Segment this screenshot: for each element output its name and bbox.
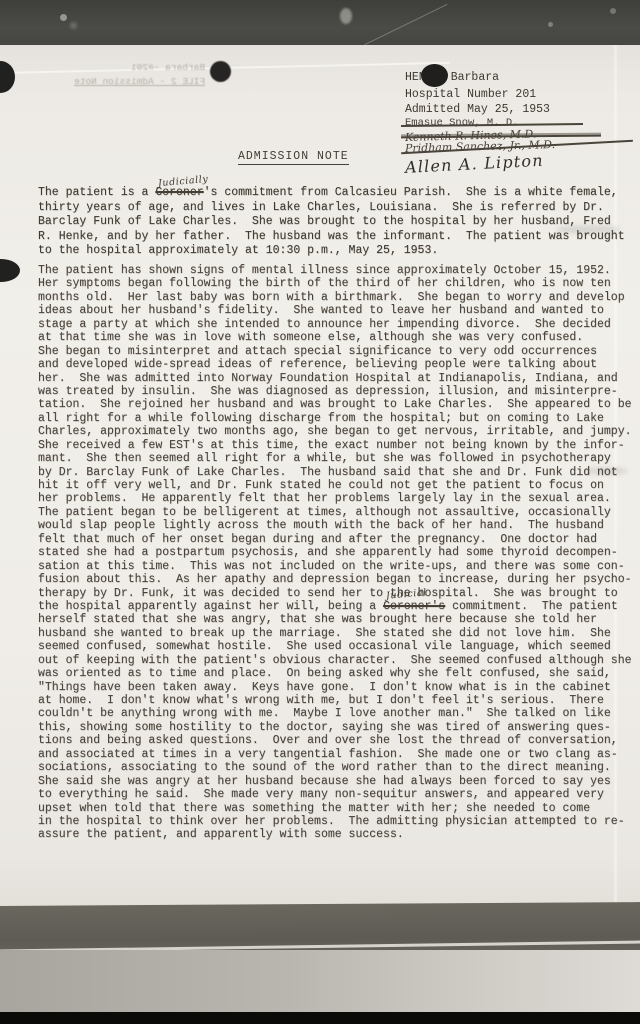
text-line: sation at this time. This was not includ… [38, 560, 632, 573]
dust-speck [548, 22, 553, 27]
scanned-document: Barbara -#201 FILE 2 - Admission Note HE… [0, 0, 640, 1024]
text-line: Barclay Funk of Lake Charles. She was br… [38, 215, 625, 230]
scratch-line [364, 4, 447, 46]
text-line: by Dr. Barclay Funk of Lake Charles. The… [38, 466, 632, 479]
text-line: husband she wanted to break up the marri… [38, 627, 632, 640]
dust-speck [60, 14, 67, 21]
text-line: the hospital apparently against her will… [38, 600, 632, 613]
physician-signature: Allen A. Lipton [405, 152, 556, 175]
text-line: herself stated that she was angry, that … [38, 613, 632, 626]
text-line: "Things have been taken away. Keys have … [38, 681, 632, 694]
bleedthrough-line: FILE 2 - Admission Note [74, 75, 205, 89]
text-line: stated she had a postpartum psychosis, a… [38, 546, 632, 559]
hole-punch-mark [0, 259, 20, 282]
text-line: felt that much of her onset began during… [38, 533, 632, 546]
hospital-number: Hospital Number 201 [405, 87, 555, 102]
text-line: therapy by Dr. Funk, it was decided to s… [38, 587, 632, 600]
text-line: tions and being asked questions. Over an… [38, 734, 632, 747]
patient-header: HENBarbara Hospital Number 201 Admitted … [405, 64, 555, 171]
text-line: all right for a while following discharg… [38, 412, 632, 425]
bleedthrough-line: Barbara -#201 [74, 61, 205, 75]
scanner-band-black [0, 1012, 640, 1024]
dust-speck [610, 8, 616, 14]
struck-word: CoronerJudicially [155, 186, 203, 199]
text-line: assure the patient, and apparently with … [38, 828, 632, 841]
document-page: Barbara -#201 FILE 2 - Admission Note HE… [0, 45, 640, 906]
text-line: this, showing some hostility to the doct… [38, 721, 632, 734]
text-line: was oriented as to time and place. On be… [38, 667, 632, 680]
text-line: would slap people lightly across the mou… [38, 519, 632, 532]
text-line: R. Henke, and by her father. The husband… [38, 230, 625, 245]
text-line: seemed confused, somewhat hostile. She u… [38, 640, 632, 653]
struck-word: Coroner'sJudicial [383, 600, 445, 613]
text-line: in the hospital to think over her proble… [38, 815, 632, 828]
text-line: and developed wide-spread ideas of refer… [38, 358, 632, 371]
text-line: Charles, approximately two months ago, s… [38, 425, 632, 438]
text-line: months old. Her last baby was born with … [38, 291, 632, 304]
hole-punch-mark [0, 61, 15, 93]
text-line: upset when told that there was something… [38, 802, 632, 815]
text-line: tation. She rejoined her husband and was… [38, 398, 632, 411]
redaction-blot [421, 64, 448, 87]
text-line: The patient began to be belligerent at t… [38, 506, 632, 519]
text-line: couldn't be anything wrong with me. Mayb… [38, 707, 632, 720]
text-line: and associated at times in a very tangen… [38, 748, 632, 761]
struck-physician-names: Emasue Snow, M. D.Kenneth R. Hines, M.D.… [405, 118, 555, 153]
patient-name-suffix: Barbara [451, 71, 499, 84]
text-line: at that time she was in love with someon… [38, 331, 632, 344]
bleedthrough-text: Barbara -#201 FILE 2 - Admission Note [74, 61, 205, 88]
text-line: at home. I don't know what's wrong with … [38, 694, 632, 707]
text-line: The patient has shown signs of mental il… [38, 264, 632, 277]
text-line: out of keeping with the patient's obviou… [38, 654, 632, 667]
text-line: Her symptoms began following the birth o… [38, 277, 632, 290]
text-line: ideas about her husband's fidelity. She … [38, 304, 632, 317]
patient-name: HENBarbara [405, 64, 555, 87]
text-line: her problems. He apparently felt that he… [38, 492, 632, 505]
text-line: her. She was admitted into Norway Founda… [38, 372, 632, 385]
text-line: fusion about this. As her apathy and dep… [38, 573, 632, 586]
text-line: thirty years of age, and lives in Lake C… [38, 201, 625, 216]
document-title: ADMISSION NOTE [238, 150, 349, 165]
scanner-band-light [0, 950, 640, 1013]
history-paragraph: The patient has shown signs of mental il… [38, 264, 632, 842]
text-line: to the hospital approximately at 10:30 p… [38, 244, 625, 259]
text-line: hit it off very well, and Dr. Funk state… [38, 479, 632, 492]
text-line: She began to misinterpret and attach spe… [38, 345, 632, 358]
text-line: stage a party at which she intended to a… [38, 318, 632, 331]
admission-date: Admitted May 25, 1953 [405, 102, 555, 117]
ink-blot [210, 61, 231, 82]
text-line: to everything he said. She made very man… [38, 788, 632, 801]
text-line: was treated by insulin. She was diagnose… [38, 385, 632, 398]
scanner-background-top [0, 0, 640, 46]
admission-paragraph: The patient is a CoronerJudicially's com… [38, 186, 625, 259]
text-line: sociations, associating to the sound of … [38, 761, 632, 774]
text-line: She received a few EST's at this time, t… [38, 439, 632, 452]
text-line: mant. She then seemed all right for a wh… [38, 452, 632, 465]
text-line: She said she was angry at her husband be… [38, 775, 632, 788]
text-line: The patient is a CoronerJudicially's com… [38, 186, 625, 201]
dust-speck [340, 8, 352, 24]
